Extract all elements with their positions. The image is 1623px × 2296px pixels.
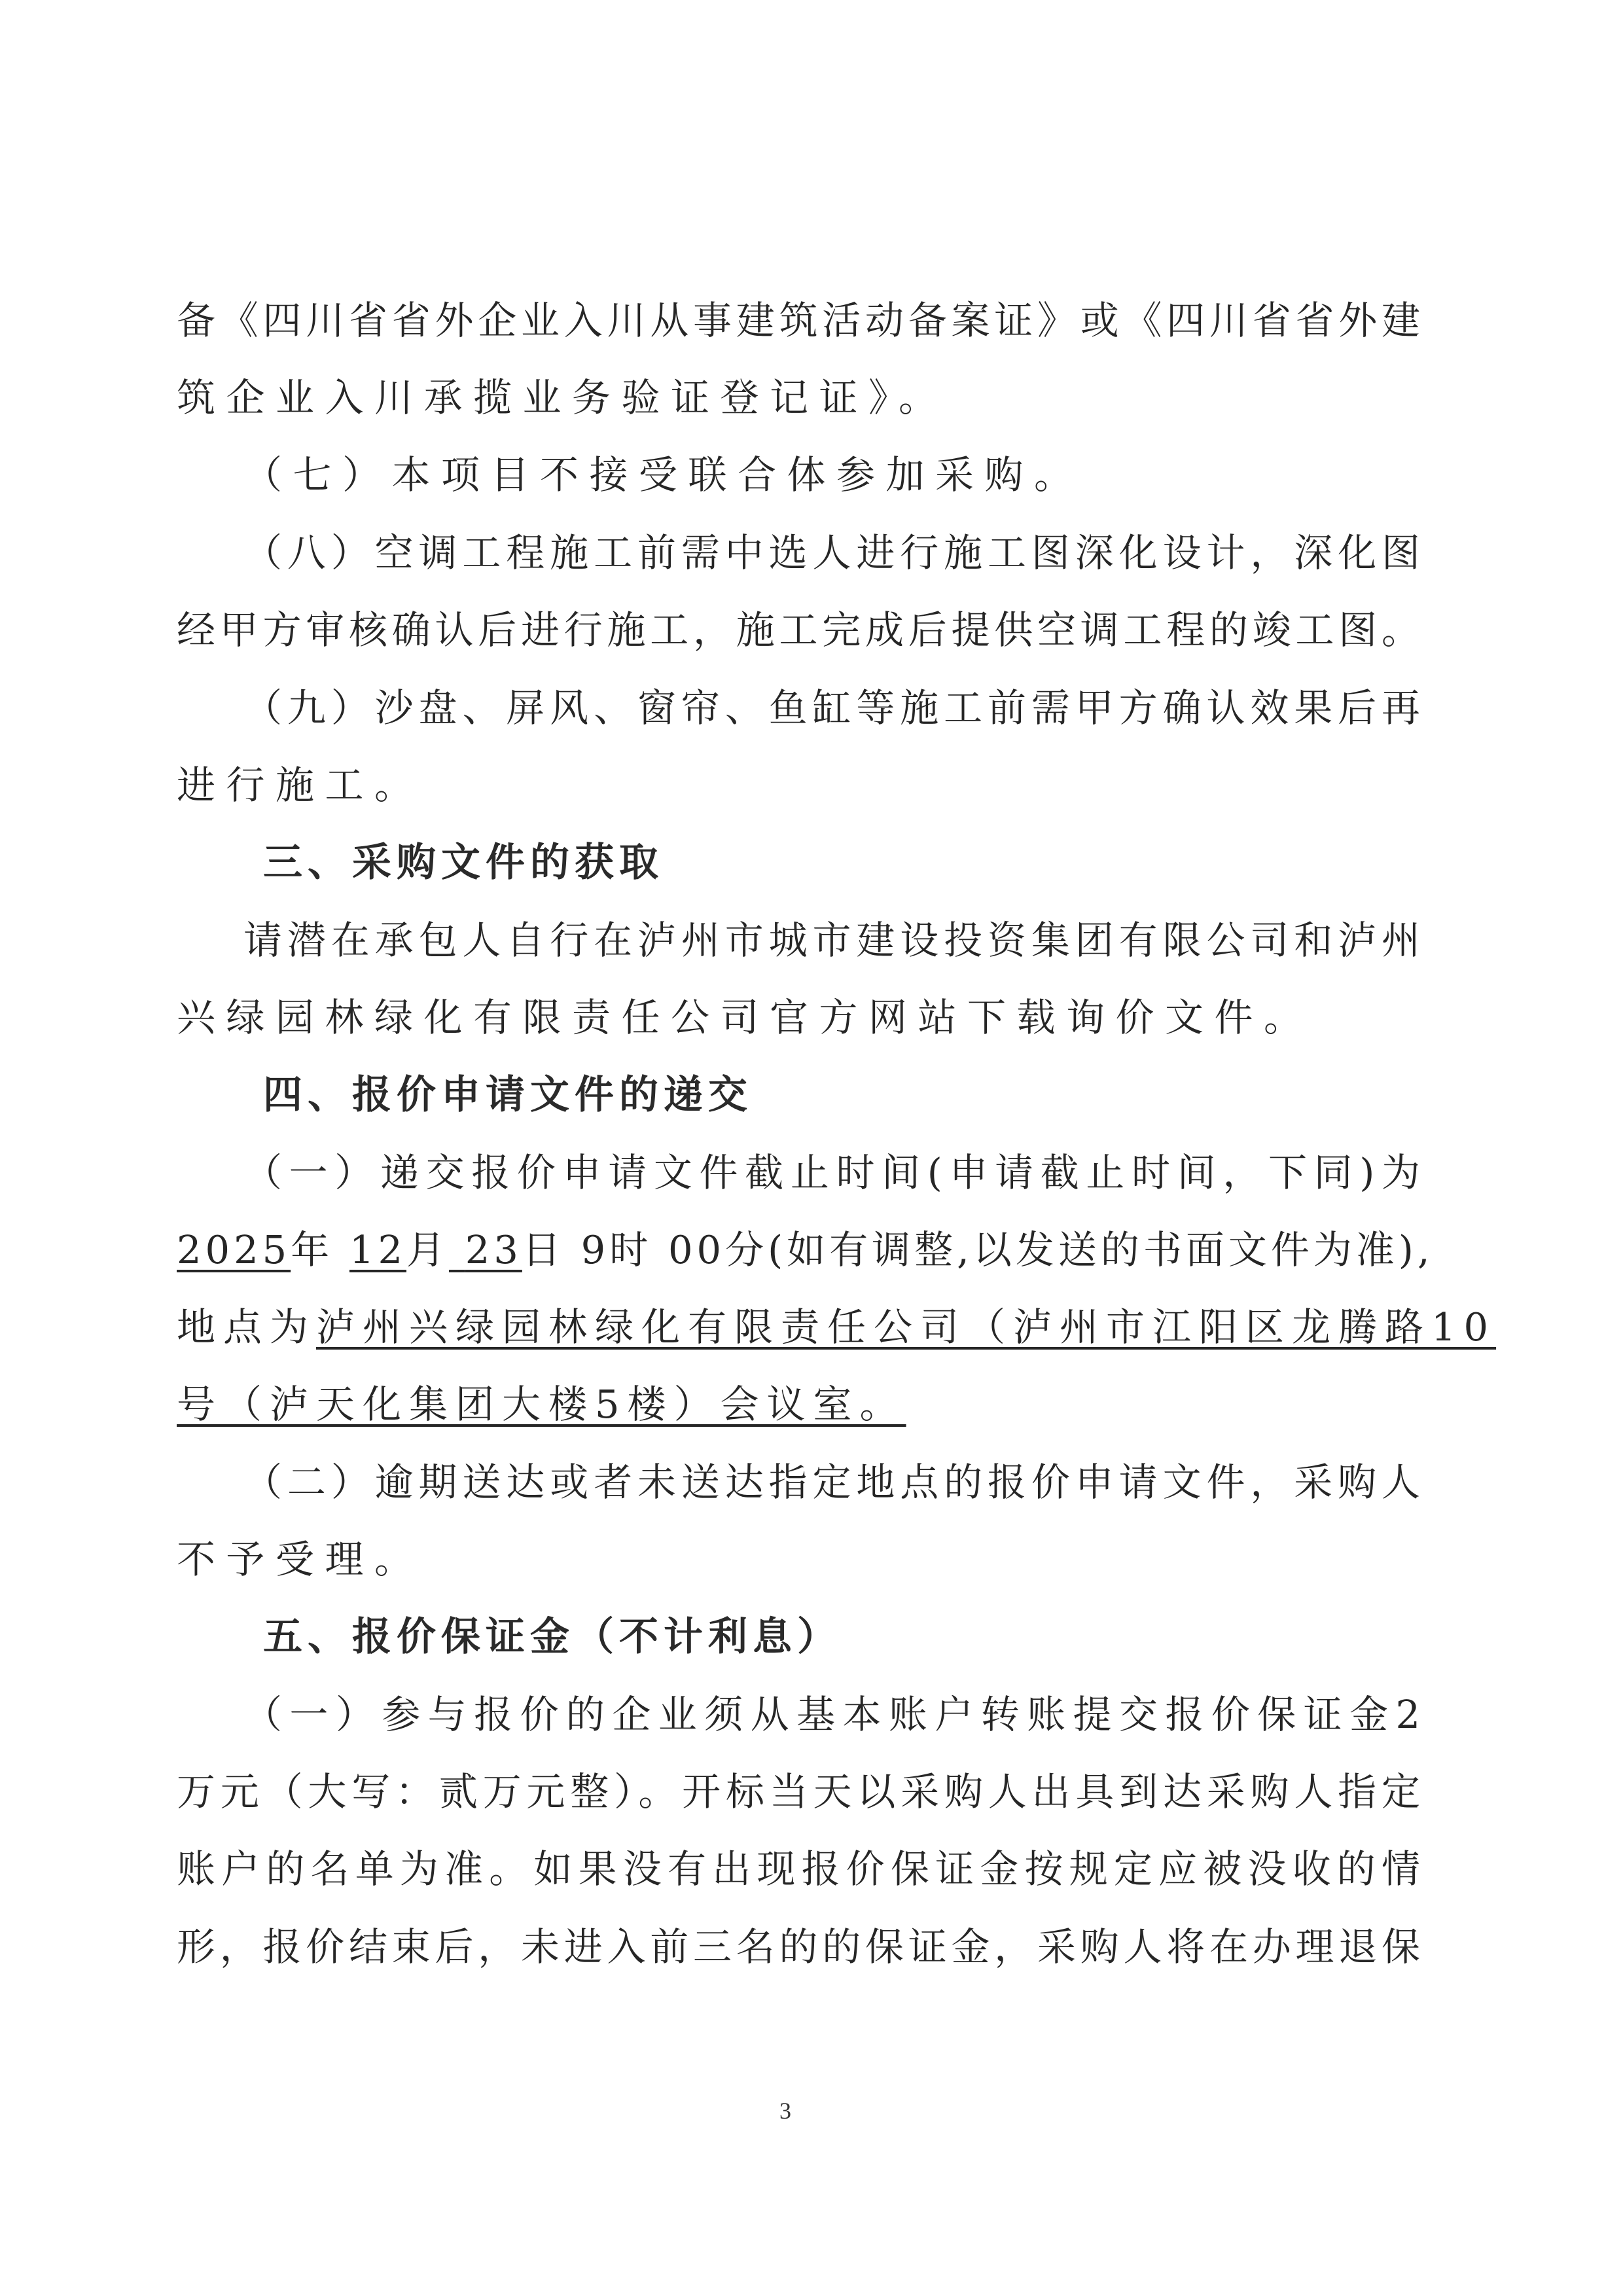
paragraph-line: 账户的名单为准。如果没有出现报价保证金按规定应被没收的情 [177,1840,1420,1899]
month-unit: 月 [406,1227,449,1272]
deadline-day-lead [449,1227,465,1272]
day-unit: 日 [522,1227,565,1272]
deadline-year: 2025 [177,1227,291,1272]
paragraph-line: 兴绿园林绿化有限责任公司官方网站下载询价文件。 [177,988,1420,1047]
page-number: 3 [772,2098,798,2124]
deadline-minute: 00 [668,1227,725,1272]
location-address-cont: 号（泸天化集团大楼5楼）会议室。 [177,1382,906,1427]
clause-5-1: （一）参与报价的企业须从基本账户转账提交报价保证金2 [243,1685,1420,1744]
clause-9: （九）沙盘、屏风、窗帘、鱼缸等施工前需甲方确认效果后再 [243,679,1420,738]
section-heading-3: 三、采购文件的获取 [263,833,664,892]
section-heading-5: 五、报价保证金（不计利息） [263,1607,842,1666]
paragraph-line: 不予受理。 [177,1530,1420,1589]
minute-unit: 分 [725,1227,768,1272]
clause-4-2: （二）逾期送达或者未送达指定地点的报价申请文件，采购人 [243,1453,1420,1512]
deadline-month: 12 [349,1227,406,1272]
paragraph-line: 请潜在承包人自行在泸州市城市建设投资集团有限公司和泸州 [243,911,1420,970]
document-page: 备《四川省省外企业入川从事建筑活动备案证》或《四川省省外建 筑企业入川承揽业务验… [0,0,1623,2296]
paragraph-line: 进行施工。 [177,756,1420,815]
paragraph-line: 万元（大写：贰万元整）。开标当天以采购人出具到达采购人指定 [177,1763,1420,1821]
location-line: 地点为泸州兴绿园林绿化有限责任公司（泸州市江阳区龙腾路10 [177,1298,1420,1357]
deadline-hour: 9 [581,1227,610,1272]
location-line-2: 号（泸天化集团大楼5楼）会议室。 [177,1375,1420,1434]
location-address: 泸州兴绿园林绿化有限责任公司（泸州市江阳区龙腾路10 [316,1304,1496,1350]
paragraph-line: 备《四川省省外企业入川从事建筑活动备案证》或《四川省省外建 [177,291,1420,350]
clause-4-1: （一）递交报价申请文件截止时间(申请截止时间，下同)为 [243,1143,1420,1202]
hour-unit: 时 [609,1227,652,1272]
paragraph-line: 经甲方审核确认后进行施工，施工完成后提供空调工程的竣工图。 [177,601,1420,660]
paragraph-line: 筑企业入川承揽业务验证登记证》。 [177,368,1420,427]
deadline-note: (如有调整,以发送的书面文件为准), [768,1227,1434,1272]
deadline-day: 23 [465,1227,522,1272]
clause-8: （八）空调工程施工前需中选人进行施工图深化设计，深化图 [243,524,1420,583]
section-heading-4: 四、报价申请文件的递交 [263,1066,753,1124]
clause-7: （七）本项目不接受联合体参加采购。 [243,446,1420,505]
year-unit: 年 [291,1227,333,1272]
paragraph-line: 形，报价结束后，未进入前三名的的保证金，采购人将在办理退保 [177,1918,1420,1977]
deadline-line: 2025年 12月 23日 9时 00分(如有调整,以发送的书面文件为准), [177,1221,1420,1280]
location-prefix: 地点为 [177,1304,316,1350]
